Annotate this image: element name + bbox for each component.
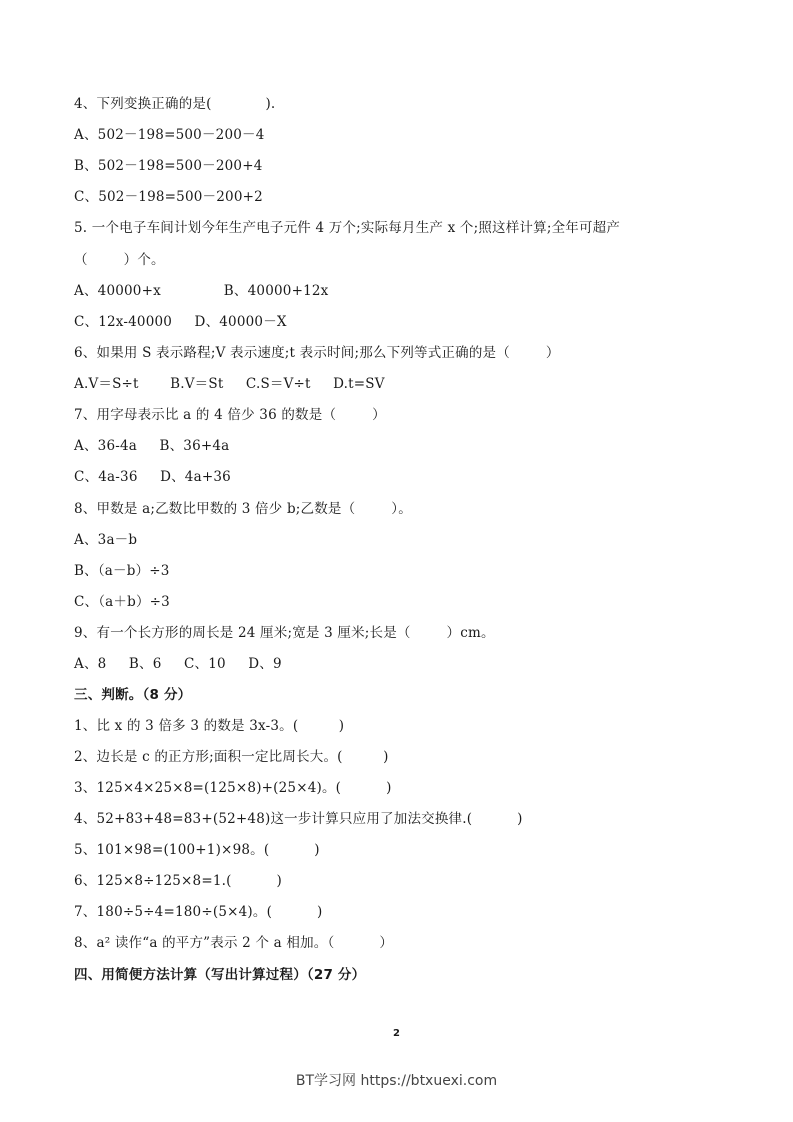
question-line: 4、下列变换正确的是( ). <box>74 95 275 113</box>
judgment-item: 1、比 x 的 3 倍多 3 的数是 3x-3。( ) <box>74 717 344 735</box>
question-line: A、40000+x B、40000+12x <box>74 282 328 300</box>
question-line: A.V＝S÷t B.V＝St C.S＝V÷t D.t=SV <box>74 375 385 393</box>
question-line: C、12x-40000 D、40000－X <box>74 313 287 331</box>
question-line: B、（a－b）÷3 <box>74 562 170 580</box>
question-line: 8、甲数是 a;乙数比甲数的 3 倍少 b;乙数是（ ）。 <box>74 500 412 518</box>
section-heading: 四、用简便方法计算（写出计算过程）（27 分） <box>74 966 365 984</box>
judgment-item: 3、125×4×25×8=(125×8)+(25×4)。( ) <box>74 779 392 797</box>
question-line: 6、如果用 S 表示路程;V 表示速度;t 表示时间;那么下列等式正确的是（ ） <box>74 344 560 362</box>
question-line: A、8 B、6 C、10 D、9 <box>74 655 282 673</box>
question-line: 5. 一个电子车间计划今年生产电子元件 4 万个;实际每月生产 x 个;照这样计… <box>74 219 620 237</box>
question-line: A、36-4a B、36+4a <box>74 437 229 455</box>
question-line: 7、用字母表示比 a 的 4 倍少 36 的数是（ ） <box>74 406 386 424</box>
question-line: C、4a-36 D、4a+36 <box>74 468 231 486</box>
question-line: A、3a－b <box>74 531 137 549</box>
judgment-item: 6、125×8÷125×8=1.( ) <box>74 872 282 890</box>
judgment-item: 4、52+83+48=83+(52+48)这一步计算只应用了加法交换律.( ) <box>74 810 523 828</box>
question-line: 9、有一个长方形的周长是 24 厘米;宽是 3 厘米;长是（ ）cm。 <box>74 624 495 642</box>
judgment-item: 2、边长是 c 的正方形;面积一定比周长大。( ) <box>74 748 389 766</box>
judgment-item: 8、a² 读作“a 的平方”表示 2 个 a 相加。（ ） <box>74 934 393 952</box>
judgment-item: 7、180÷5÷4=180÷(5×4)。( ) <box>74 903 322 921</box>
page-number: 2 <box>0 1028 793 1039</box>
question-line: C、502－198=500－200+2 <box>74 188 263 206</box>
question-line: B、502－198=500－200+4 <box>74 157 263 175</box>
question-line: （ ）个。 <box>74 251 165 269</box>
section-heading: 三、判断。（8 分） <box>74 686 191 704</box>
footer-watermark: BT学习网 https://btxuexi.com <box>0 1070 793 1090</box>
question-line: A、502－198=500－200－4 <box>74 126 265 144</box>
judgment-item: 5、101×98=(100+1)×98。( ) <box>74 841 320 859</box>
question-line: C、（a＋b）÷3 <box>74 593 170 611</box>
